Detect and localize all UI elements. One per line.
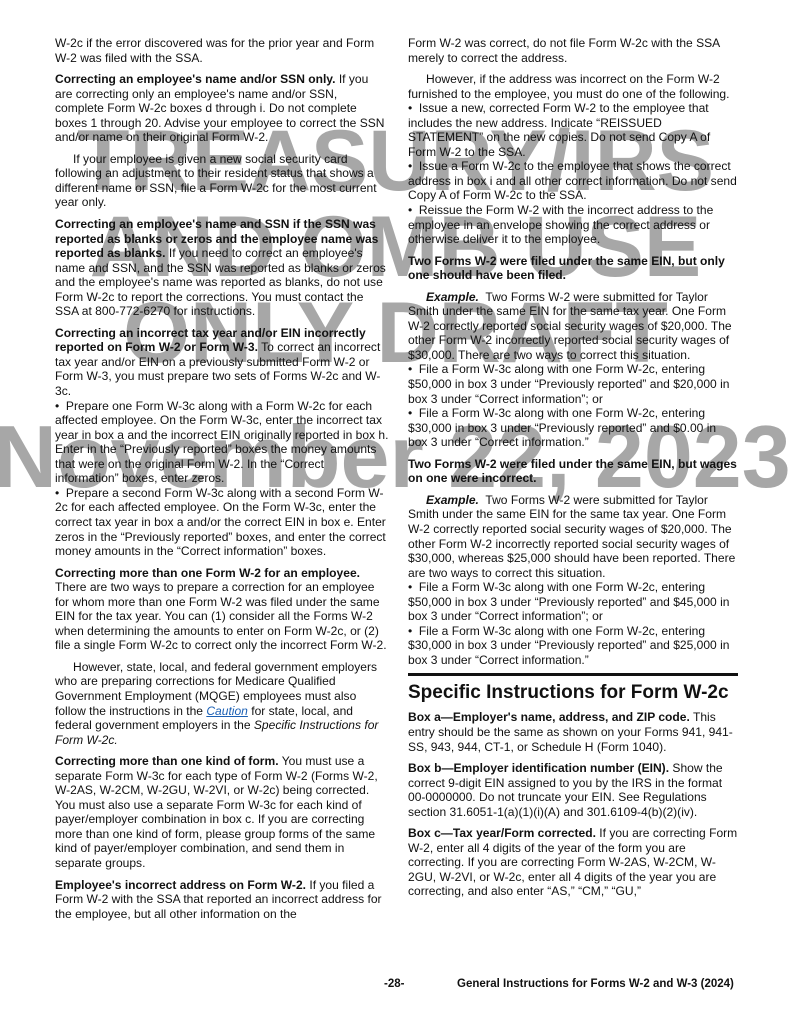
section-incorrect-address: Employee's incorrect address on Form W-2… bbox=[55, 878, 389, 922]
right-column: Form W-2 was correct, do not file Form W… bbox=[408, 36, 738, 906]
section-heading: Box a—Employer's name, address, and ZIP … bbox=[408, 710, 690, 724]
paragraph-mqge: However, state, local, and federal gover… bbox=[55, 660, 389, 747]
example-label: Example. bbox=[426, 493, 479, 507]
list-item: File a Form W-3c along with one Form W-2… bbox=[408, 624, 738, 668]
section-more-than-one-kind: Correcting more than one kind of form. Y… bbox=[55, 754, 389, 870]
paragraph: However, if the address was incorrect on… bbox=[408, 72, 738, 101]
section-heading: Correcting more than one kind of form. bbox=[55, 754, 279, 768]
paragraph: If your employee is given a new social s… bbox=[55, 152, 389, 210]
left-column: W-2c if the error discovered was for the… bbox=[55, 36, 389, 928]
example-paragraph: Example. Two Forms W-2 were submitted fo… bbox=[408, 493, 738, 580]
document-page: TREASURY/IRS AND OMB USE ONLY DRAFT Nove… bbox=[0, 0, 791, 1024]
section-heading: Correcting an employee's name and/or SSN… bbox=[55, 72, 335, 86]
paragraph: Form W-2 was correct, do not file Form W… bbox=[408, 36, 738, 65]
section-more-than-one-w2: Correcting more than one Form W-2 for an… bbox=[55, 566, 389, 653]
section-divider bbox=[408, 673, 738, 676]
footer-title: General Instructions for Forms W-2 and W… bbox=[457, 978, 734, 990]
list-item: File a Form W-3c along with one Form W-2… bbox=[408, 362, 738, 406]
caution-link[interactable]: Caution bbox=[206, 704, 248, 718]
list-item: Reissue the Form W-2 with the incorrect … bbox=[408, 203, 738, 247]
example-label: Example. bbox=[426, 290, 479, 304]
section-heading: Employee's incorrect address on Form W-2… bbox=[55, 878, 306, 892]
section-title: Specific Instructions for Form W-2c bbox=[408, 682, 738, 704]
list-item: File a Form W-3c along with one Form W-2… bbox=[408, 406, 738, 450]
section-body: There are two ways to prepare a correcti… bbox=[55, 580, 387, 652]
list-item: File a Form W-3c along with one Form W-2… bbox=[408, 580, 738, 624]
box-c-instructions: Box c—Tax year/Form corrected. If you ar… bbox=[408, 826, 738, 899]
example-paragraph: Example. Two Forms W-2 were submitted fo… bbox=[408, 290, 738, 363]
box-a-instructions: Box a—Employer's name, address, and ZIP … bbox=[408, 710, 738, 754]
page-number: -28- bbox=[384, 978, 404, 990]
list-item: Prepare a second Form W-3c along with a … bbox=[55, 486, 389, 559]
section-name-ssn-blanks: Correcting an employee's name and SSN if… bbox=[55, 217, 389, 319]
list-item: Prepare one Form W-3c along with a Form … bbox=[55, 399, 389, 486]
section-name-ssn-only: Correcting an employee's name and/or SSN… bbox=[55, 72, 389, 145]
list-item: Issue a new, corrected Form W-2 to the e… bbox=[408, 101, 738, 159]
section-heading: Two Forms W-2 were filed under the same … bbox=[408, 254, 738, 283]
section-heading: Correcting more than one Form W-2 for an… bbox=[55, 566, 360, 580]
section-heading: Box b—Employer identification number (EI… bbox=[408, 761, 669, 775]
section-incorrect-tax-year-ein: Correcting an incorrect tax year and/or … bbox=[55, 326, 389, 399]
section-heading: Box c—Tax year/Form corrected. bbox=[408, 826, 596, 840]
section-body: You must use a separate Form W-3c for ea… bbox=[55, 754, 378, 870]
list-item: Issue a Form W-2c to the employee that s… bbox=[408, 159, 738, 203]
section-heading: Two Forms W-2 were filed under the same … bbox=[408, 457, 738, 486]
paragraph: W-2c if the error discovered was for the… bbox=[55, 36, 389, 65]
box-b-instructions: Box b—Employer identification number (EI… bbox=[408, 761, 738, 819]
